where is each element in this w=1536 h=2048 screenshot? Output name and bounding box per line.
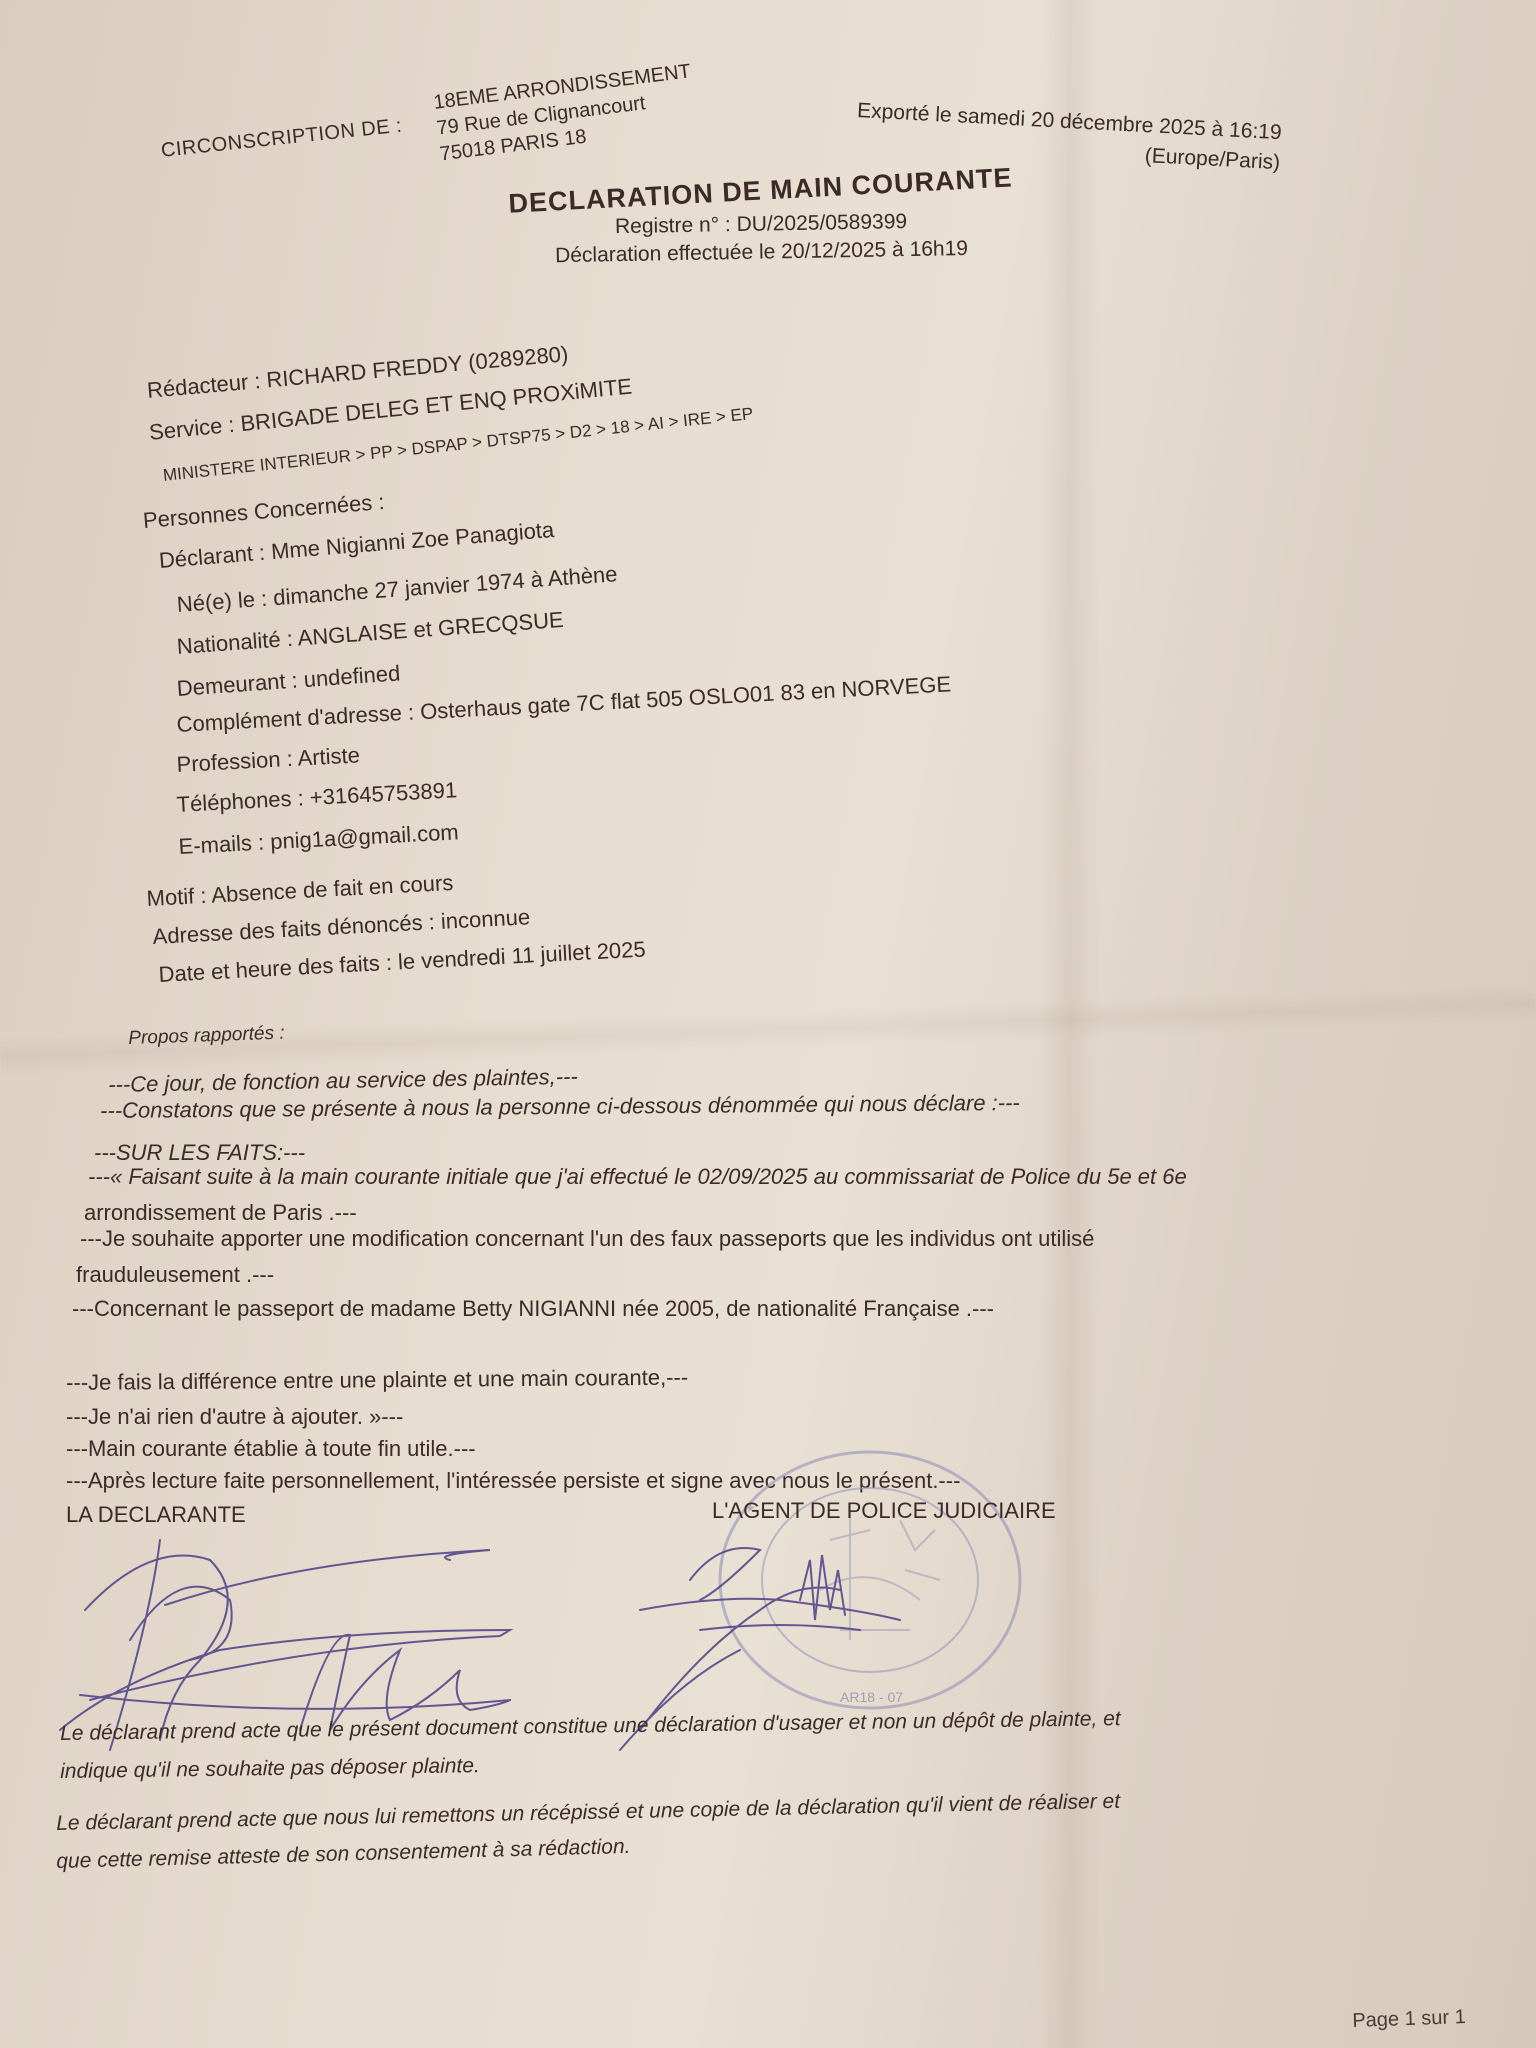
declarant-emails: E-mails : pnig1a@gmail.com xyxy=(178,819,459,860)
statement-line: ---Main courante établie à toute fin uti… xyxy=(66,1436,476,1462)
circonscription-block: 18EME ARRONDISSEMENT 79 Rue de Clignanco… xyxy=(432,58,699,167)
notice-2-line-1: Le déclarant prend acte que nous lui rem… xyxy=(56,1790,1120,1836)
statement-line: frauduleusement .--- xyxy=(76,1262,274,1288)
statement-line: ---Je n'ai rien d'autre à ajouter. »--- xyxy=(66,1404,403,1430)
page-number: Page 1 sur 1 xyxy=(1352,2006,1466,2033)
statement-line: ---Concernant le passeport de madame Bet… xyxy=(72,1296,994,1322)
export-info: Exporté le samedi 20 décembre 2025 à 16:… xyxy=(855,96,1283,178)
title-block: DECLARATION DE MAIN COURANTE Registre n°… xyxy=(508,171,1014,269)
declarant-phones: Téléphones : +31645753891 xyxy=(176,777,458,818)
statement-line: ---SUR LES FAITS:--- xyxy=(94,1140,305,1166)
statement-line: ---Je souhaite apporter une modification… xyxy=(80,1226,1094,1252)
document-page: CIRCONSCRIPTION DE : 18EME ARRONDISSEMEN… xyxy=(0,0,1536,2048)
declarant-nationality: Nationalité : ANGLAISE et GRECQSUE xyxy=(176,607,564,660)
circonscription-label: CIRCONSCRIPTION DE : xyxy=(160,115,403,163)
statement-line: ---« Faisant suite à la main courante in… xyxy=(88,1164,1187,1190)
persons-label: Personnes Concernées : xyxy=(142,489,385,534)
statement-line: arrondissement de Paris .--- xyxy=(84,1200,357,1226)
facts-motif: Motif : Absence de fait en cours xyxy=(146,870,454,912)
statement-line: ---Je fais la différence entre une plain… xyxy=(66,1365,688,1396)
notice-1-line-2: indique qu'il ne souhaite pas déposer pl… xyxy=(60,1754,480,1784)
declaration-date: Déclaration effectuée le 20/12/2025 à 16… xyxy=(509,236,1014,269)
declarant-profession: Profession : Artiste xyxy=(176,742,361,778)
notice-2-line-2: que cette remise atteste de son consente… xyxy=(56,1835,631,1874)
declarant-residence: Demeurant : undefined xyxy=(176,660,401,702)
facts-address: Adresse des faits dénoncés : inconnue xyxy=(152,904,531,950)
